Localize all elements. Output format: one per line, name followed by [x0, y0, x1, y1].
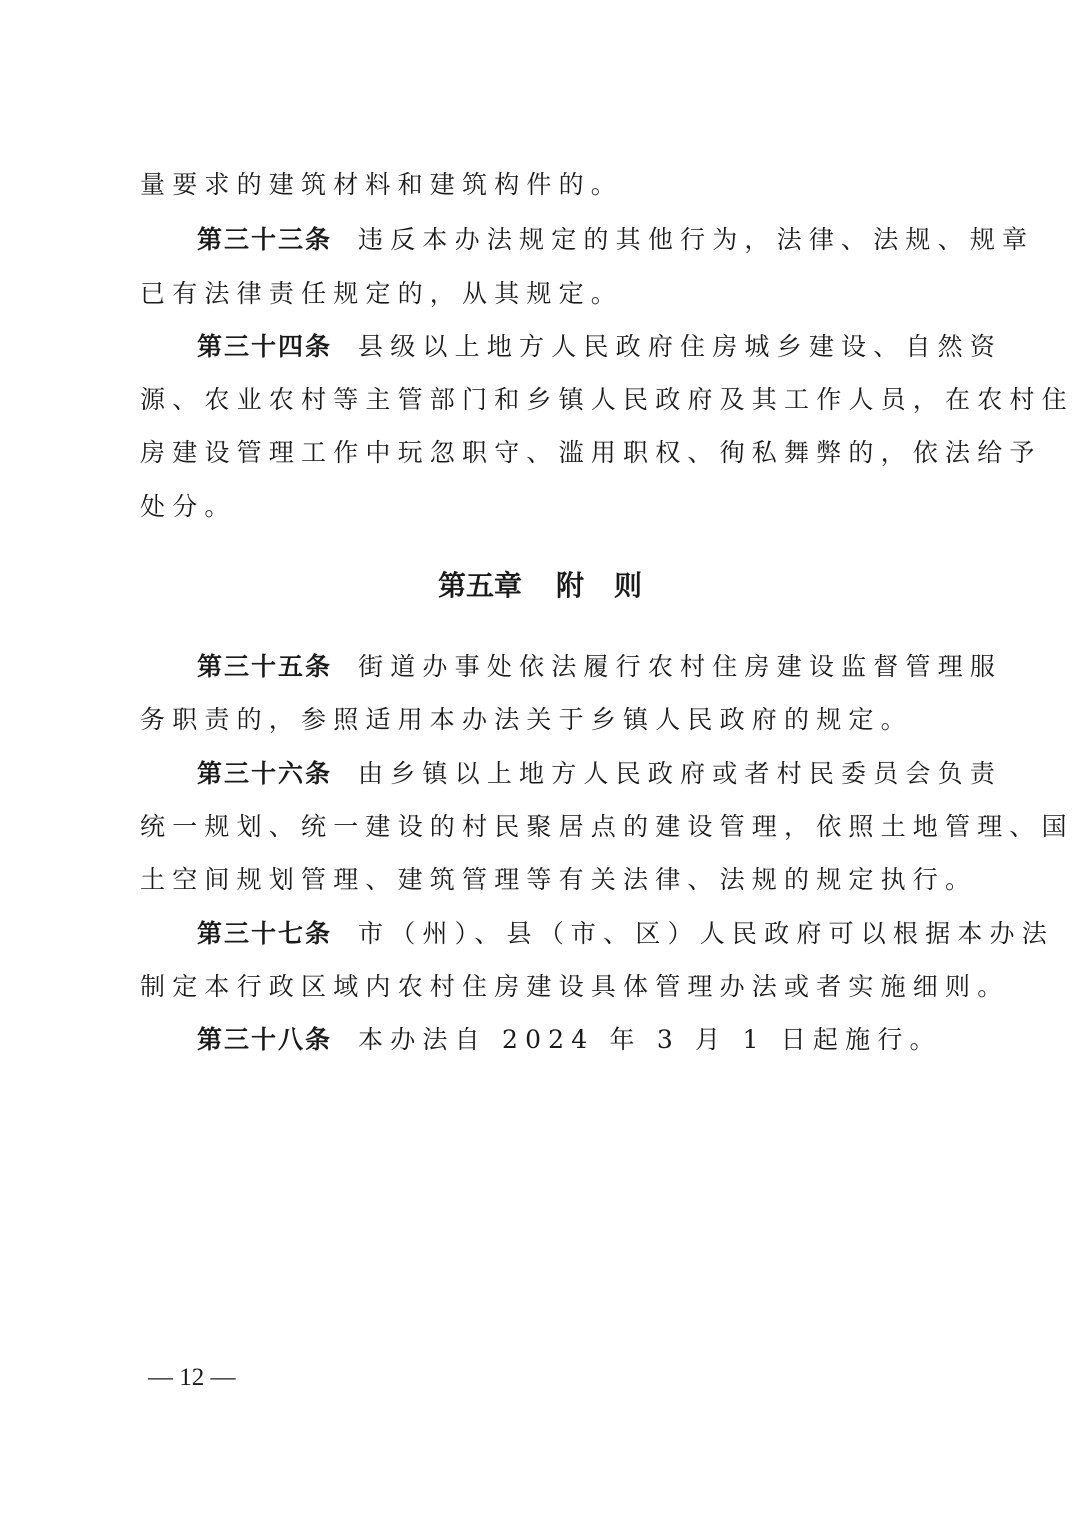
body-text: 处分。	[140, 492, 237, 521]
article-number: 第三十七条	[197, 919, 332, 948]
body-text: 违反本办法规定的其他行为，法律、法规、规章	[358, 225, 1034, 254]
body-text: 县级以上地方人民政府住房城乡建设、自然资	[358, 332, 1002, 361]
body-text: 房建设管理工作中玩忽职守、滥用职权、徇私舞弊的，依法给予	[140, 438, 1042, 467]
article-34-line-2: 源、农业农村等主管部门和乡镇人民政府及其工作人员，在农村住	[140, 383, 940, 417]
article-35-line-1: 第三十五条街道办事处依法履行农村住房建设监督管理服	[197, 650, 940, 684]
article-35-line-2: 务职责的，参照适用本办法关于乡镇人民政府的规定。	[140, 703, 940, 737]
body-text: 源、农业农村等主管部门和乡镇人民政府及其工作人员，在农村住	[140, 385, 1074, 414]
body-text: 本办法自 2024 年 3 月 1 日起施行。	[358, 1025, 942, 1054]
body-text: 市（州）、县（市、区）人民政府可以根据本办法	[358, 919, 1054, 948]
chapter-heading: 第五章附则	[0, 566, 1080, 606]
chapter-title-part-1: 附	[556, 569, 584, 602]
document-page: 量要求的建筑材料和建筑构件的。 第三十三条违反本办法规定的其他行为，法律、法规、…	[0, 0, 1080, 1527]
page-number: — 12 —	[148, 1362, 236, 1394]
article-number: 第三十五条	[197, 652, 332, 681]
article-37-line-2: 制定本行政区域内农村住房建设具体管理办法或者实施细则。	[140, 970, 940, 1004]
body-text: 已有法律责任规定的，从其规定。	[140, 279, 623, 308]
article-34-line-1: 第三十四条县级以上地方人民政府住房城乡建设、自然资	[197, 330, 940, 364]
article-36-line-3: 土空间规划管理、建筑管理等有关法律、法规的规定执行。	[140, 863, 940, 897]
paragraph-continuation-line: 量要求的建筑材料和建筑构件的。	[140, 168, 940, 202]
article-37-line-1: 第三十七条市（州）、县（市、区）人民政府可以根据本办法	[197, 917, 940, 951]
article-36-line-1: 第三十六条由乡镇以上地方人民政府或者村民委员会负责	[197, 757, 940, 791]
article-number: 第三十三条	[197, 225, 332, 254]
article-34-line-3: 房建设管理工作中玩忽职守、滥用职权、徇私舞弊的，依法给予	[140, 436, 940, 470]
article-33-line-1: 第三十三条违反本办法规定的其他行为，法律、法规、规章	[197, 223, 940, 257]
chapter-title-part-2: 则	[614, 569, 642, 602]
body-text: 统一规划、统一建设的村民聚居点的建设管理，依照土地管理、国	[140, 812, 1074, 841]
body-text: 量要求的建筑材料和建筑构件的。	[140, 170, 623, 199]
article-33-line-2: 已有法律责任规定的，从其规定。	[140, 277, 940, 311]
body-text: 制定本行政区域内农村住房建设具体管理办法或者实施细则。	[140, 972, 1009, 1001]
article-number: 第三十八条	[197, 1025, 332, 1054]
body-text: 由乡镇以上地方人民政府或者村民委员会负责	[358, 759, 1002, 788]
body-text: 土空间规划管理、建筑管理等有关法律、法规的规定执行。	[140, 865, 977, 894]
chapter-number: 第五章	[438, 569, 522, 602]
article-number: 第三十四条	[197, 332, 332, 361]
article-34-line-4: 处分。	[140, 490, 940, 524]
body-text: 街道办事处依法履行农村住房建设监督管理服	[358, 652, 1002, 681]
article-38-line-1: 第三十八条本办法自 2024 年 3 月 1 日起施行。	[197, 1023, 940, 1057]
article-number: 第三十六条	[197, 759, 332, 788]
body-text: 务职责的，参照适用本办法关于乡镇人民政府的规定。	[140, 705, 913, 734]
article-36-line-2: 统一规划、统一建设的村民聚居点的建设管理，依照土地管理、国	[140, 810, 940, 844]
